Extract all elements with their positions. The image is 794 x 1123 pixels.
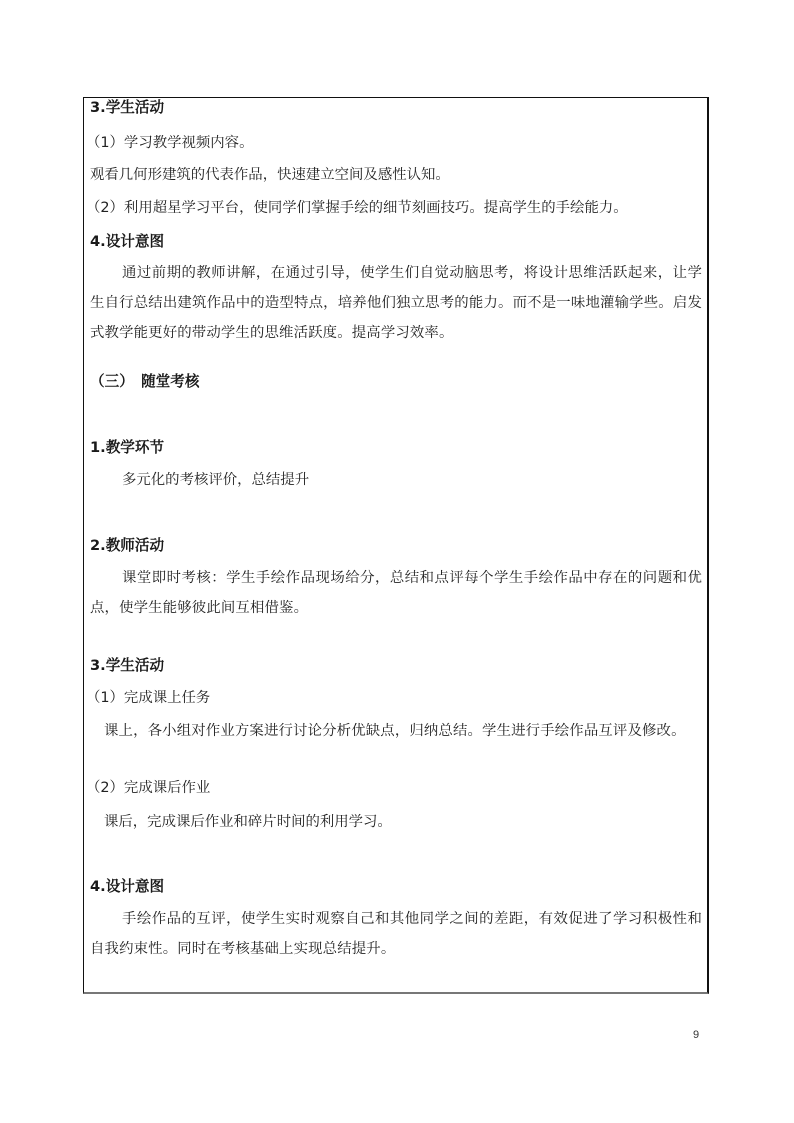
section-title-classroom-assessment: （三） 随堂考核 (90, 372, 199, 392)
heading-teacher-activity: 2.教师活动 (90, 536, 164, 556)
student-task-2-text: 课后，完成课后作业和碎片时间的利用学习。 (104, 812, 392, 832)
heading-student-activity-2: 3.学生活动 (90, 656, 164, 676)
student-task-2-label: （2）完成课后作业 (86, 778, 210, 798)
student-task-1-label: （1）完成课上任务 (86, 688, 210, 708)
student-task-1-text: 课上，各小组对作业方案进行讨论分析优缺点，归纳总结。学生进行手绘作品互评及修改。 (90, 716, 702, 746)
heading-design-intent-2: 4.设计意图 (90, 877, 164, 897)
design-intent-2-paragraph: 手绘作品的互评，使学生实时观察自己和其他同学之间的差距，有效促进了学习积极性和自… (90, 904, 702, 964)
page-number: 9 (693, 1029, 699, 1041)
heading-teaching-step: 1.教学环节 (90, 438, 164, 458)
student-activity-item-1-label: （1）学习教学视频内容。 (86, 133, 253, 153)
student-activity-item-1-text: 观看几何形建筑的代表作品，快速建立空间及感性认知。 (90, 165, 450, 185)
student-activity-item-2-label: （2）利用超星学习平台，使同学们掌握手绘的细节刻画技巧。提高学生的手绘能力。 (86, 198, 628, 218)
heading-design-intent: 4.设计意图 (90, 232, 164, 252)
teaching-step-text: 多元化的考核评价，总结提升 (122, 470, 309, 490)
design-intent-paragraph: 通过前期的教师讲解，在通过引导，使学生们自觉动脑思考，将设计思维活跃起来，让学生… (90, 258, 702, 348)
heading-student-activity: 3.学生活动 (90, 98, 164, 118)
content-table-frame (83, 97, 709, 994)
teacher-activity-paragraph: 课堂即时考核：学生手绘作品现场给分，总结和点评每个学生手绘作品中存在的问题和优点… (90, 563, 702, 623)
